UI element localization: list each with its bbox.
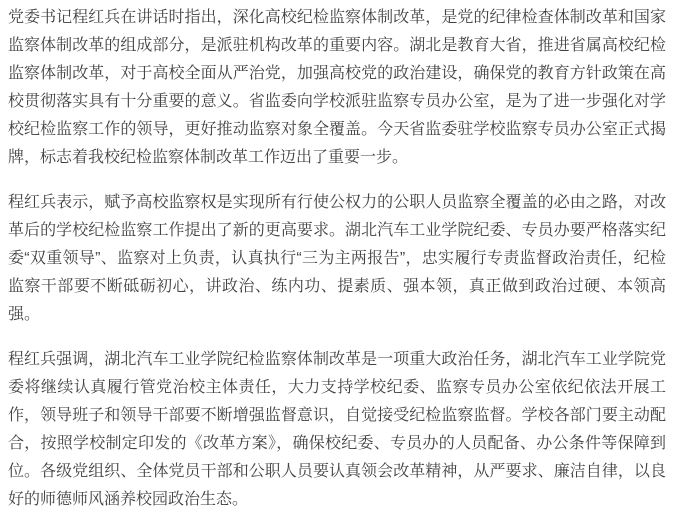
- article-body: 党委书记程红兵在讲话时指出，深化高校纪检监察体制改革，是党的纪律检查体制改革和国…: [0, 0, 674, 513]
- article-paragraph-1: 党委书记程红兵在讲话时指出，深化高校纪检监察体制改革，是党的纪律检查体制改革和国…: [8, 4, 666, 172]
- article-paragraph-2: 程红兵表示，赋予高校监察权是实现所有行使公权力的公职人员监察全覆盖的必由之路，对…: [8, 189, 666, 329]
- article-paragraph-3: 程红兵强调，湖北汽车工业学院纪检监察体制改革是一项重大政治任务，湖北汽车工业学院…: [8, 346, 666, 513]
